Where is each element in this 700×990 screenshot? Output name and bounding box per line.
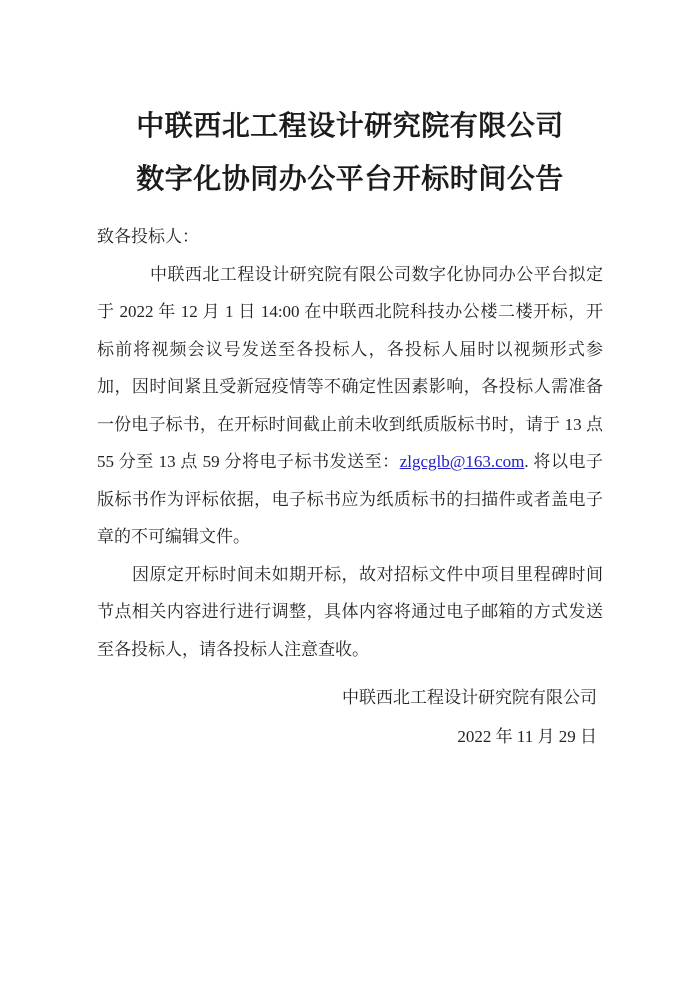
paragraph-schedule-adjustment: 因原定开标时间未如期开标，故对招标文件中项目里程碑时间节点相关内容进行进行调整，… (97, 556, 603, 669)
signature-company: 中联西北工程设计研究院有限公司 (97, 678, 597, 717)
email-link[interactable]: zlgcglb@163.com (400, 452, 525, 471)
paragraph-bid-opening: 中联西北工程设计研究院有限公司数字化协同办公平台拟定于 2022 年 12 月 … (97, 256, 603, 556)
document-body: 致各投标人： 中联西北工程设计研究院有限公司数字化协同办公平台拟定于 2022 … (97, 218, 603, 756)
signature-block: 中联西北工程设计研究院有限公司 2022 年 11 月 29 日 (97, 678, 603, 756)
document-title-line2: 数字化协同办公平台开标时间公告 (0, 153, 700, 206)
signature-date: 2022 年 11 月 29 日 (97, 717, 597, 756)
paragraph1-text-before-email: 中联西北工程设计研究院有限公司数字化协同办公平台拟定于 2022 年 12 月 … (97, 265, 603, 472)
announcement-document: 中联西北工程设计研究院有限公司 数字化协同办公平台开标时间公告 致各投标人： 中… (0, 0, 700, 990)
salutation: 致各投标人： (97, 218, 603, 256)
document-title-line1: 中联西北工程设计研究院有限公司 (0, 100, 700, 153)
